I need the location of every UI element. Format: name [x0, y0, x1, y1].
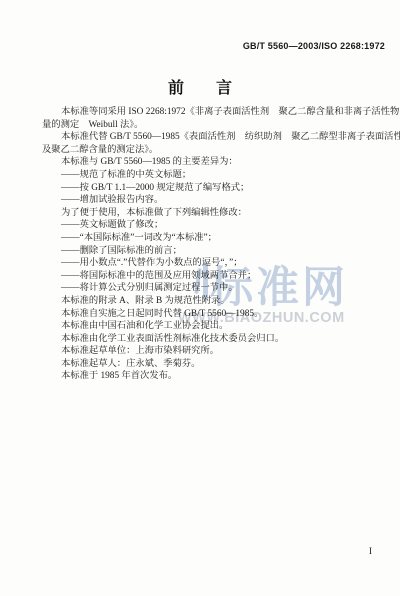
standard-code-header: GB/T 5560—2003/ISO 2268:1972 — [243, 41, 385, 51]
text-line: 本标准由中国石油和化学工业协会提出。 — [42, 320, 392, 333]
page-title: 前 言 — [0, 75, 400, 98]
document-page: 标准网 WWW.BIAOZHUN.COM GB/T 5560—2003/ISO … — [0, 0, 400, 596]
text-line: ——将计算公式分别归属测定过程一节中。 — [42, 282, 392, 295]
page-number: I — [369, 547, 372, 557]
text-line: ——按 GB/T 1.1—2000 规定规范了编写格式； — [42, 182, 392, 195]
text-line: ——将国际标准中的范围及应用领域两节合并； — [42, 270, 392, 283]
text-line: 本标准自实施之日起同时代替 GB/T 5560—1985。 — [42, 308, 392, 321]
text-line: 及聚乙二醇含量的测定法》。 — [42, 144, 392, 157]
text-line: ——用小数点“.”代替作为小数点的逗号“，”； — [42, 257, 392, 270]
text-line: ——“本国际标准”一词改为“本标准”； — [42, 232, 392, 245]
text-line: 本标准的附录 A、附录 B 为规范性附录。 — [42, 295, 392, 308]
text-line: 为了便于使用，本标准做了下列编辑性修改： — [42, 207, 392, 220]
text-line: 量的测定 Weibull 法》。 — [42, 119, 392, 132]
text-line: 本标准起草人：庄永斌、季菊芬。 — [42, 358, 392, 371]
text-line: ——增加试验报告内容。 — [42, 194, 392, 207]
text-line: ——英文标题做了修改； — [42, 219, 392, 232]
text-line: 本标准与 GB/T 5560—1985 的主要差异为： — [42, 156, 392, 169]
text-line: 本标准等同采用 ISO 2268:1972《非离子表面活性剂 聚乙二醇含量和非离… — [42, 106, 392, 119]
text-line: ——删除了国际标准的前言； — [42, 245, 392, 258]
text-line: 本标准起草单位：上海市染料研究所。 — [42, 345, 392, 358]
text-line: 本标准代替 GB/T 5560—1985《表面活性剂 纺织助剂 聚乙二醇型非离子… — [42, 131, 392, 144]
text-line: 本标准于 1985 年首次发布。 — [42, 370, 392, 383]
foreword-body: 本标准等同采用 ISO 2268:1972《非离子表面活性剂 聚乙二醇含量和非离… — [42, 106, 392, 383]
text-line: 本标准由化学工业表面活性剂标准化技术委员会归口。 — [42, 333, 392, 346]
text-line: ——规范了标准的中英文标题； — [42, 169, 392, 182]
